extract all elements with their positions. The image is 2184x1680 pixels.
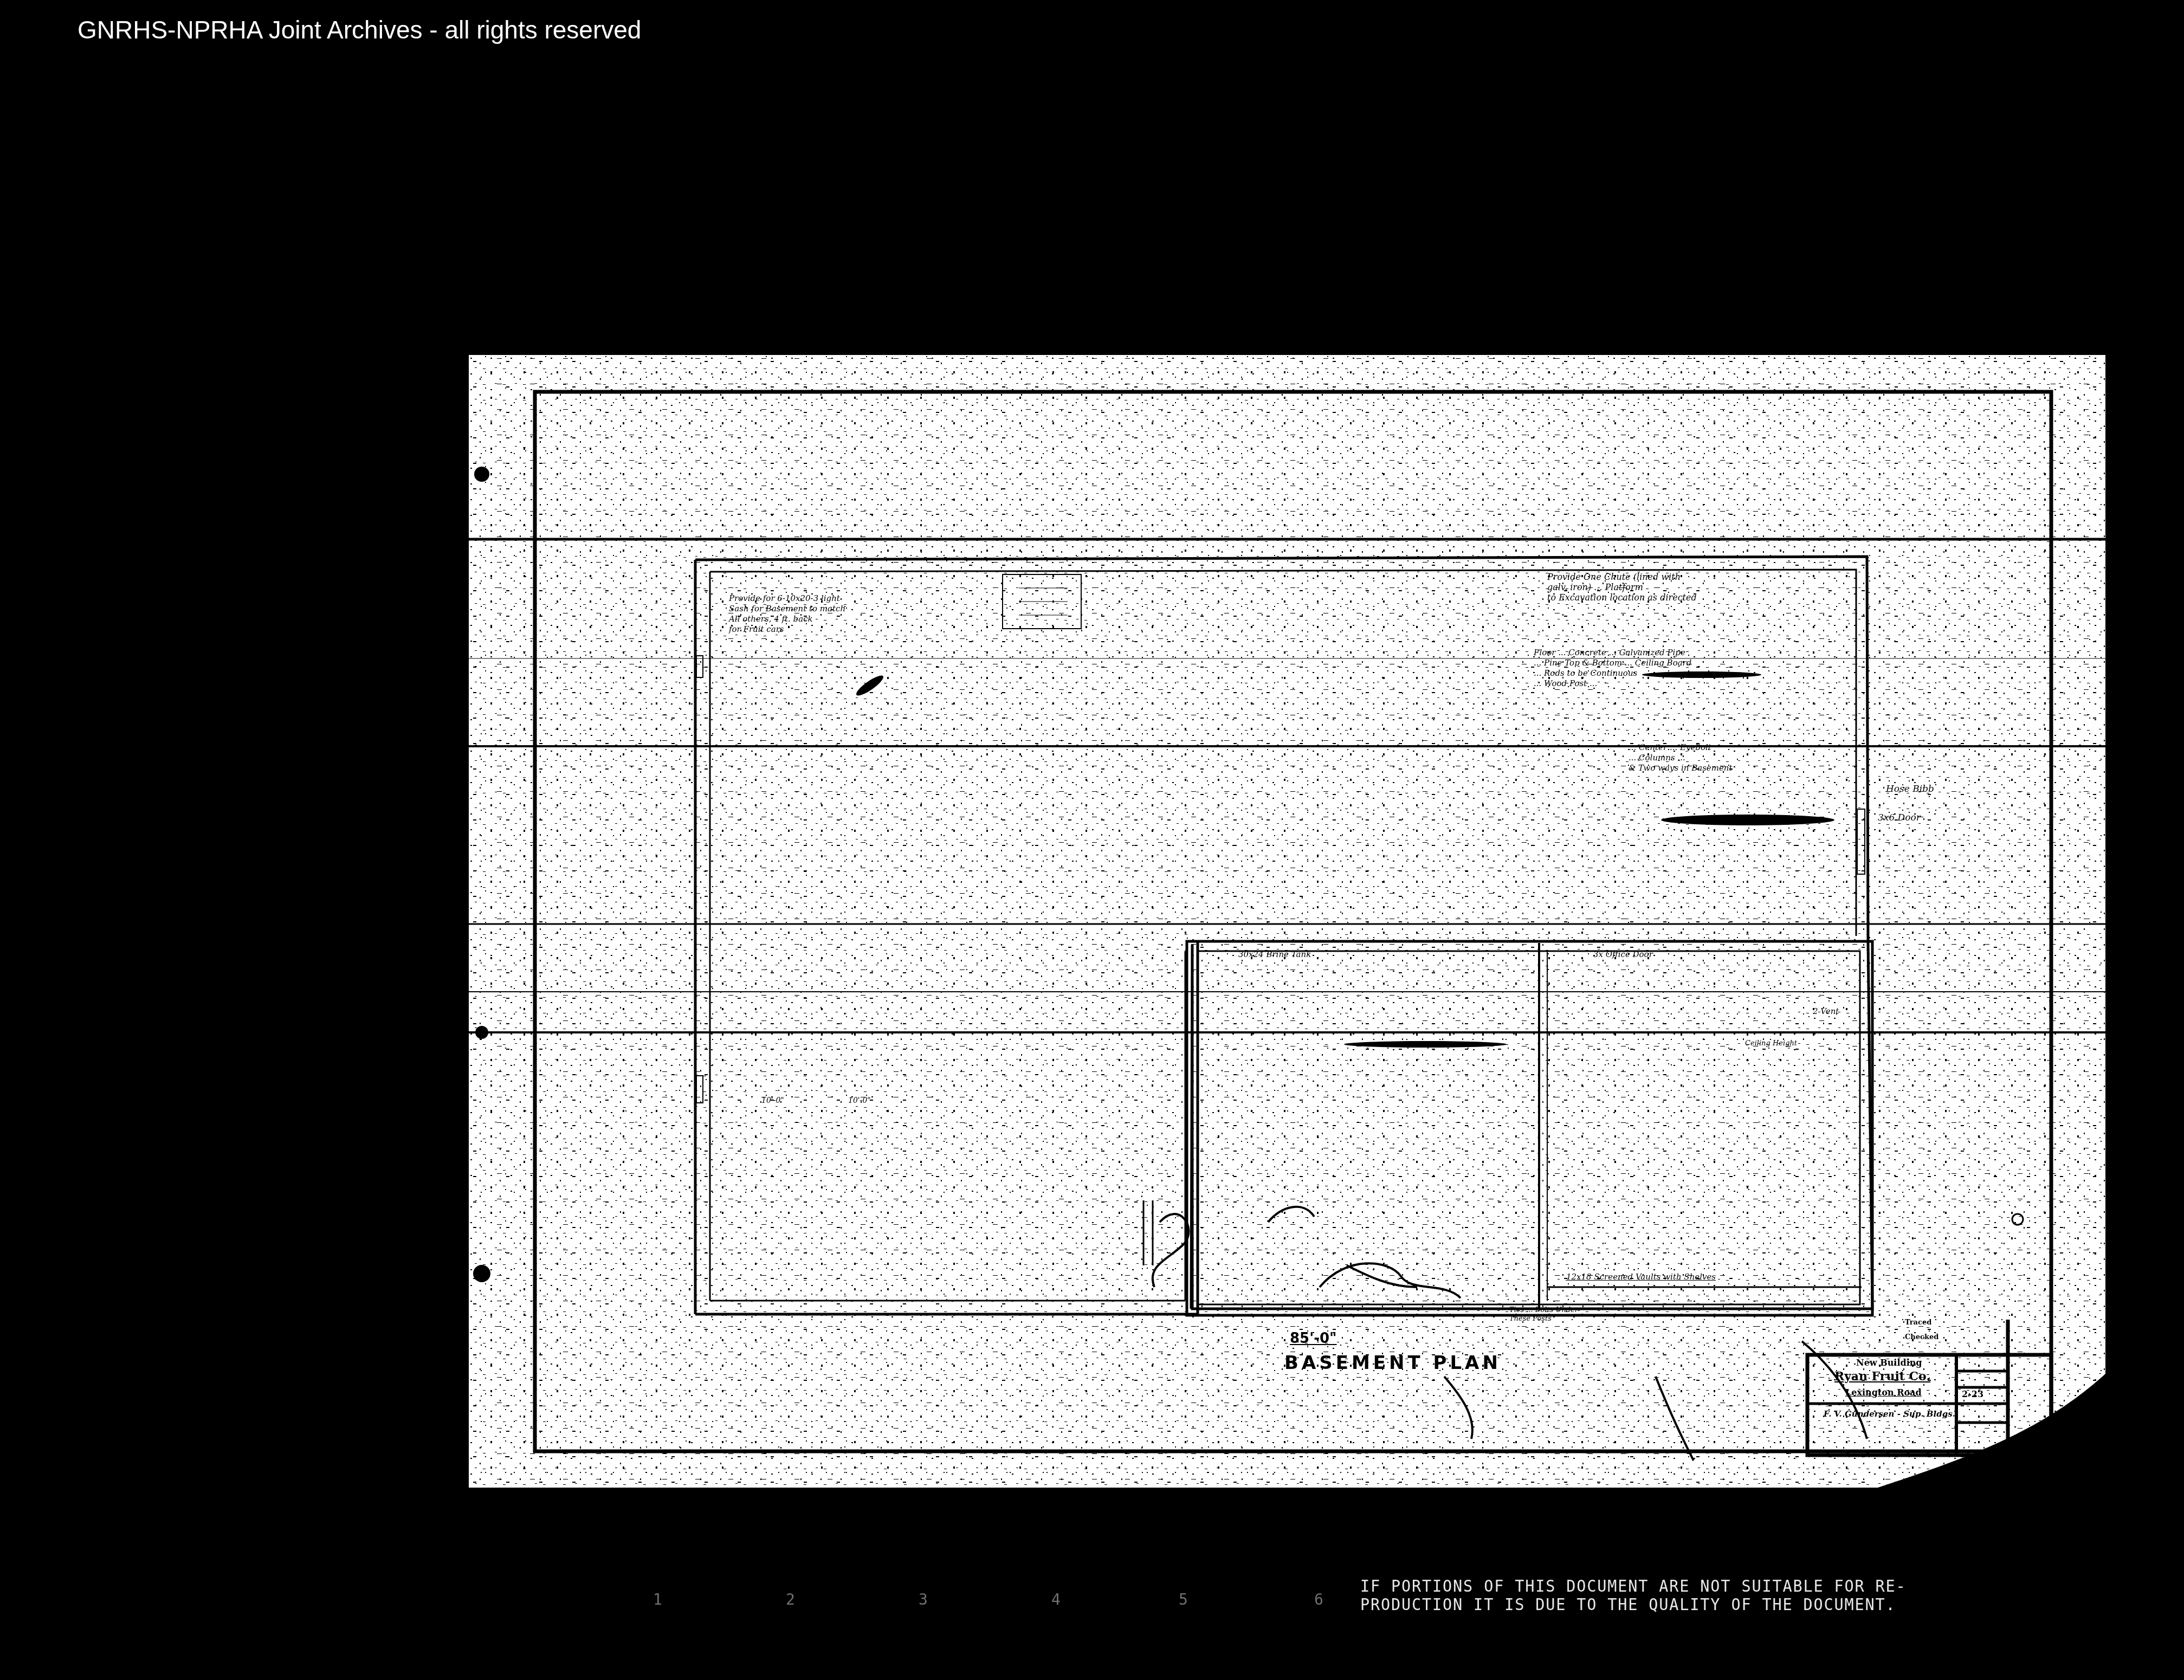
blueprint-sheet: Provide for 6-10x20-3 light Sash for Bas… <box>469 355 2105 1488</box>
column-number-6: 6 <box>1314 1591 1323 1608</box>
vault-label: 12x18 Screened Vaults with Shelves <box>1566 1271 1716 1283</box>
floor-plan-drawing <box>469 355 2105 1488</box>
sheet-number: 2-23 <box>1962 1389 1983 1399</box>
column-number-5: 5 <box>1179 1591 1188 1608</box>
plan-title: BASEMENT PLAN <box>1284 1352 1501 1374</box>
vent-label: 2 Vent <box>1813 1005 1839 1017</box>
archive-watermark: GNRHS-NPRHA Joint Archives - all rights … <box>77 15 641 44</box>
office-door-label: 3x Office Door <box>1593 948 1653 960</box>
dimension-left-1: 10'-0" <box>761 1095 784 1107</box>
ceiling-height-label: Ceiling Height <box>1745 1038 1797 1050</box>
bottom-ties-note: Ties ... Bolts Under These Posts <box>1509 1306 1578 1323</box>
traced-stamp: Traced <box>1905 1319 1931 1327</box>
reproduction-disclaimer: IF PORTIONS OF THIS DOCUMENT ARE NOT SUI… <box>1360 1577 1907 1614</box>
dimension-left-2: 10'-0" <box>848 1095 871 1107</box>
overall-dimension: 85'-0" <box>1290 1330 1337 1347</box>
floor-note: Floor ... Concrete ... Galvanized Pipe .… <box>1534 648 1691 689</box>
title-block-line3: Lexington Road <box>1845 1387 1922 1398</box>
column-number-3: 3 <box>919 1591 928 1608</box>
door-label: 3x6 Door <box>1878 812 1921 824</box>
window-note: Provide for 6-10x20-3 light Sash for Bas… <box>729 593 845 635</box>
column-number-4: 4 <box>1051 1591 1061 1608</box>
chute-note: Provide One Chute (lined with galv. iron… <box>1547 572 1697 603</box>
title-block-line4: F. V. Gundersen - Sup. Bldgs. <box>1824 1409 1955 1419</box>
title-block-line1: New Building <box>1856 1358 1922 1368</box>
checked-stamp: Checked <box>1905 1333 1939 1341</box>
column-note: ... Center ... Eyebolt ... Columns ... &… <box>1629 742 1733 773</box>
column-number-2: 2 <box>786 1591 795 1608</box>
hose-bibb-label: Hose Bibb <box>1886 783 1934 795</box>
brine-tank-label: 30x24 Brine Tank <box>1238 948 1311 960</box>
title-block-line2: Ryan Fruit Co. <box>1834 1369 1930 1384</box>
column-number-1: 1 <box>653 1591 662 1608</box>
